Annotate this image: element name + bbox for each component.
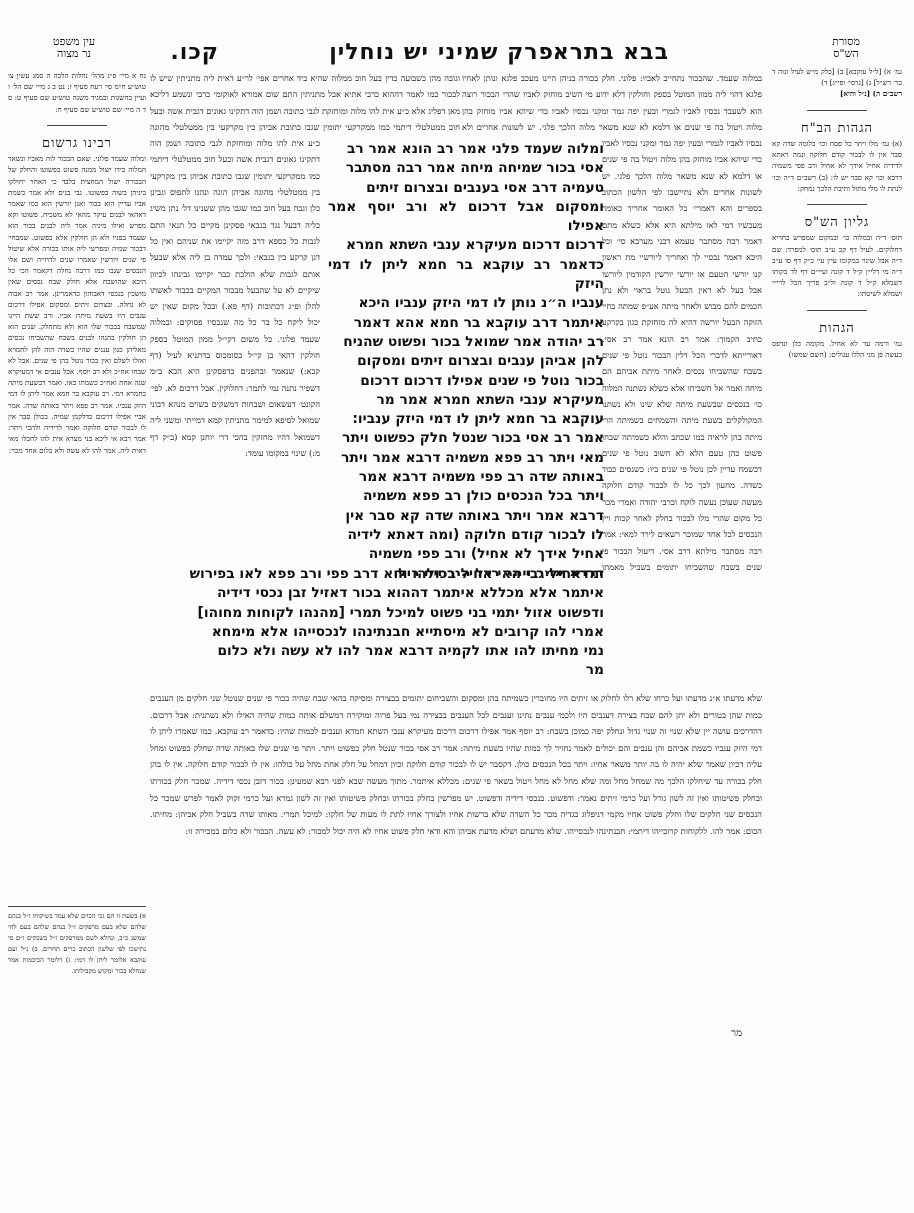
ein-mishpat-text: נח א מיי׳ פ״ג מהל׳ נחלות הלכה ה סמג עשין… [8,70,146,115]
ornament-divider [772,200,902,211]
gemara-main: ומלוה שעמד פלני אמר רב הונא אמר רב אסי ב… [328,140,604,576]
tosafot-top: וגובה מהן כשבועה כדין בעל חוב ממלוה שהיא… [150,70,460,138]
gemara-line: דרכום דרכום מעיקרא ענבי השתא חמרא [328,236,604,255]
gemara-line: לו לבכור קודם חלוקה (ומה דאתא לידיה [328,526,604,545]
right-margin-notes: גמ׳ א) [ל״ל עוקבא] ב) [כלק מ״ש לעיל ונוה… [772,66,902,626]
masoret-title-2: הש"ס [796,48,896,60]
gemara-line: ויתר בכל הנכסים כולן רב פפא משמיה [328,487,604,506]
gemara-line: מעיקרא ענבי השתא חמרא אמר מר [328,391,604,410]
hagahot-habach-title: הגהות הב"ח [772,123,902,134]
hagahot-habach-text: (א) גמ׳ מלו ויתר כל פסח וכו׳ בלומה שדה ק… [772,138,902,194]
rashbam-column: במלוה שעמד. שהבכור נתחייב לאביו: פלוני. … [602,138,762,576]
ornament-divider [772,106,902,117]
gemara-line: נמי מחיתו להו אתו לקמיה דרבא אמר להו לא … [180,642,604,661]
tractate-name: בבא בתרא [553,40,669,65]
rabbeinu-gershom-text: ומלוה שעמד פלוני. שאם הבכור לוה מאביו ונ… [8,153,146,455]
gemara-line: ומסקום אבל דרכום לא ורב יוסף אמר אפילו [328,198,604,237]
gemara-line: איתמר אלא מכללא איתמר דההוא בכור דאזיל ז… [180,584,604,603]
gemara-line: רב יהודה אמר שמואל בכור ופשוט שהניח [328,333,604,352]
gemara-line: ומדאחיל גבי האי אחיל בכולהו והא דרב פפי … [180,565,604,584]
gemara-line: דרבא אמר ויתר באותה שדה קא סבר אין [328,507,604,526]
ornament-divider [8,121,146,132]
tosafot-column: וגובה מהן כשבועה כדין בעל חוב ממלוה שהיא… [150,138,320,538]
gemara-line: ענביו ה״נ נותן לו דמי היזק ענביו היכא [328,294,604,313]
gemara-line: באותה שדה רב פפי משמיה דרבא אמר [328,468,604,487]
left-margin-notes: נח א מיי׳ פ״ג מהל׳ נחלות הלכה ה סמג עשין… [8,70,146,900]
gemara-line: ודפשוט אזול יתמי בני פשוט למיכל תמרי [מה… [180,604,604,623]
gemara-line: אמרי להו קרובים לא מיסתייא חבנתינהו לנכס… [180,623,604,642]
folio-number: קכו. [170,40,219,65]
gemara-line: איתמר דרב עוקבא בר חמא אהא דאמר [328,314,604,333]
gemara-line: מאי ויתר רב פפא משמיה דרבא אמר ויתר [328,449,604,468]
tosafot-text-cont: וגובה מהן כשבועה כדין בעל חוב ממלוה שהיא… [150,138,320,461]
hagahot-text: גמ׳ ורמה עד לא אחיל. מקומה כלן ונדפס כעש… [772,338,902,360]
gilyon-hashas-text: תוס׳ ד״ה ובמלוה כו׳ ובמקום שמפרש בחריא ד… [772,232,902,299]
gemara-line: כדאמר רב עוקבא בר חמא ליתן לו דמי היזק [328,256,604,295]
rashbam-text: במלוה שעמד. שהבכור נתחייב לאביו: פלוני. … [462,70,762,138]
gemara-wide: ומדאחיל גבי האי אחיל בכולהו והא דרב פפי … [180,565,604,645]
chapter-number: פרק שמיני [438,40,554,65]
gemara-line: אחיל אידך לא אחיל) ורב פפי משמיה [328,545,604,564]
bottom-commentary-text: שלא מדעתו א״נ מדעתו ועל כרחו שלא רלו לחל… [150,690,762,839]
gemara-wide-end: נמי מחיתו להו אתו לקמיה דרבא אמר להו לא … [180,642,604,682]
gilyon-hashas-title: גליון הש"ס [772,217,902,228]
gemara-line: טעמיה דרב אסי בענבים ובצרום זיתים [328,179,604,198]
gemara-line: עוקבא בר חמא ליתן לו דמי היזק ענביו: [328,410,604,429]
masoret-item-2: רשב״ם ה) [נ״ל והיא] [772,88,902,99]
footnotes-left: א) בשעת זו הם גכי הכוים שלא עמד בשיקוחו … [8,906,146,1031]
masoret-item-1: גמ׳ א) [ל״ל עוקבא] ב) [כלק מ״ש לעיל ונוה… [772,66,902,88]
hagahot-title: הגהות [772,323,902,334]
rashbam-top: במלוה שעמד. שהבכור נתחייב לאביו: פלוני. … [462,70,762,138]
gemara-line: אמר רב אסי בכור שנטל חלק כפשוט ויתר [328,429,604,448]
gemara-line: אסי בכור שמיחה מיחה אמר רבה מסתבר [328,159,604,178]
bottom-commentary: שלא מדעתו א״נ מדעתו ועל כרחו שלא רלו לחל… [150,690,762,1028]
gemara-line: בכור נוטל פי שנים אפילו דרכום דרכום [328,372,604,391]
gemara-line: מר [180,661,604,680]
tosafot-text: וגובה מהן כשבועה כדין בעל חוב ממלוה שהיא… [150,70,460,138]
chapter-name: יש נוחלין [329,40,429,65]
masoret-hashas-header: מסורת הש"ס [796,36,896,60]
catchword: מר [731,1028,742,1039]
gemara-line: ומלוה שעמד פלני אמר רב הונא אמר רב [328,140,604,159]
ornament-divider [772,306,902,317]
rabbeinu-gershom-title: רבינו גרשום [8,138,146,149]
ner-mitzvah-title: נר מצוה [14,48,134,60]
gemara-line: להן אביהן ענבים ובצרום זיתים ומסקום [328,352,604,371]
ein-mishpat-header: עין משפט נר מצוה [14,36,134,60]
rashbam-text-cont: במלוה שעמד. שהבכור נתחייב לאביו: פלוני. … [602,138,762,576]
